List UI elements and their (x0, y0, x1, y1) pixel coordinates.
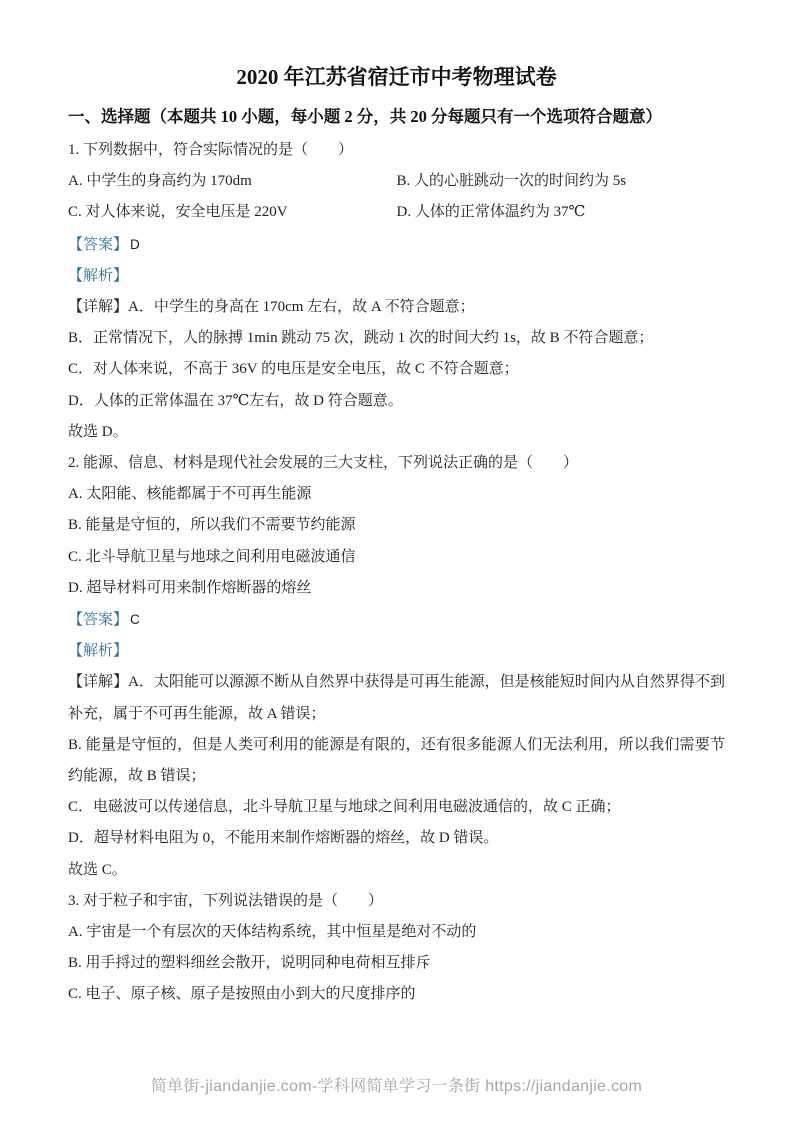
question-2-option-c: C. 北斗导航卫星与地球之间利用电磁波通信 (68, 542, 725, 573)
question-2-detail-line-c: C．电磁波可以传递信息，北斗导航卫星与地球之间利用电磁波通信的，故 C 正确； (68, 792, 725, 823)
question-1: 1. 下列数据中，符合实际情况的是（ ） A. 中学生的身高约为 170dm B… (68, 135, 725, 448)
question-3: 3. 对于粒子和宇宙，下列说法错误的是（ ） A. 宇宙是一个有层次的天体结构系… (68, 886, 725, 1011)
question-1-option-c: C. 对人体来说，安全电压是 220V (68, 197, 397, 228)
answer-label: 【答案】 (68, 237, 128, 253)
analysis-label: 【解析】 (68, 268, 128, 284)
section-heading: 一、选择题（本题共 10 小题，每小题 2 分，共 20 分每题只有一个选项符合… (68, 102, 725, 132)
footer-text: 简单街-jiandanjie.com-学科网简单学习一条街 https://ji… (151, 1078, 642, 1095)
question-2-detail-line-b: B. 能量是守恒的，但是人类可利用的能源是有限的，还有很多能源人们无法利用，所以… (68, 730, 725, 792)
question-1-detail-line-b: B．正常情况下，人的脉搏 1min 跳动 75 次，跳动 1 次的时间大约 1s… (68, 323, 725, 354)
question-1-detail-line-c: C．对人体来说，不高于 36V 的电压是安全电压，故 C 不符合题意； (68, 354, 725, 385)
question-2-detail-line-d: D．超导材料电阻为 0，不能用来制作熔断器的熔丝，故 D 错误。 (68, 823, 725, 854)
page-footer: 简单街-jiandanjie.com-学科网简单学习一条街 https://ji… (0, 1073, 793, 1096)
answer-value: C (130, 612, 140, 627)
question-1-analysis-line: 【解析】 (68, 261, 725, 292)
detail-label: 【详解】 (68, 299, 128, 315)
question-2-stem: 2. 能源、信息、材料是现代社会发展的三大支柱，下列说法正确的是（ ） (68, 448, 725, 479)
question-1-detail-line-d: D．人体的正常体温在 37℃左右，故 D 符合题意。 (68, 386, 725, 417)
answer-value: D (130, 237, 140, 252)
question-1-detail-lead: 【详解】A．中学生的身高在 170cm 左右，故 A 不符合题意； (68, 292, 725, 323)
question-2-option-a: A. 太阳能、核能都属于不可再生能源 (68, 479, 725, 510)
question-1-stem: 1. 下列数据中，符合实际情况的是（ ） (68, 135, 725, 166)
question-2-detail-lead: 【详解】A．太阳能可以源源不断从自然界中获得是可再生能源，但是核能短时间内从自然… (68, 667, 725, 729)
document-title: 2020 年江苏省宿迁市中考物理试卷 (68, 0, 725, 92)
question-3-option-b: B. 用手捋过的塑料细丝会散开，说明同种电荷相互排斥 (68, 948, 725, 979)
question-3-option-c: C. 电子、原子核、原子是按照由小到大的尺度排序的 (68, 979, 725, 1010)
detail-text: A．中学生的身高在 170cm 左右，故 A 不符合题意； (128, 299, 475, 315)
question-1-option-d: D. 人体的正常体温约为 37℃ (397, 197, 726, 228)
question-1-option-a: A. 中学生的身高约为 170dm (68, 166, 397, 197)
question-1-conclusion: 故选 D。 (68, 417, 725, 448)
question-1-options: A. 中学生的身高约为 170dm B. 人的心脏跳动一次的时间约为 5s C.… (68, 166, 725, 228)
question-2: 2. 能源、信息、材料是现代社会发展的三大支柱，下列说法正确的是（ ） A. 太… (68, 448, 725, 886)
analysis-label: 【解析】 (68, 643, 128, 659)
question-2-option-d: D. 超导材料可用来制作熔断器的熔丝 (68, 573, 725, 604)
question-2-conclusion: 故选 C。 (68, 855, 725, 886)
detail-text: A．太阳能可以源源不断从自然界中获得是可再生能源，但是核能短时间内从自然界得不到… (68, 674, 725, 721)
question-1-option-b: B. 人的心脏跳动一次的时间约为 5s (397, 166, 726, 197)
question-3-option-a: A. 宇宙是一个有层次的天体结构系统，其中恒星是绝对不动的 (68, 917, 725, 948)
question-2-analysis-line: 【解析】 (68, 636, 725, 667)
question-2-option-b: B. 能量是守恒的，所以我们不需要节约能源 (68, 510, 725, 541)
answer-label: 【答案】 (68, 612, 128, 628)
document-page: 2020 年江苏省宿迁市中考物理试卷 一、选择题（本题共 10 小题，每小题 2… (0, 0, 793, 1122)
question-3-stem: 3. 对于粒子和宇宙，下列说法错误的是（ ） (68, 886, 725, 917)
question-1-answer-line: 【答案】D (68, 229, 725, 261)
question-2-answer-line: 【答案】C (68, 604, 725, 636)
detail-label: 【详解】 (68, 674, 128, 690)
